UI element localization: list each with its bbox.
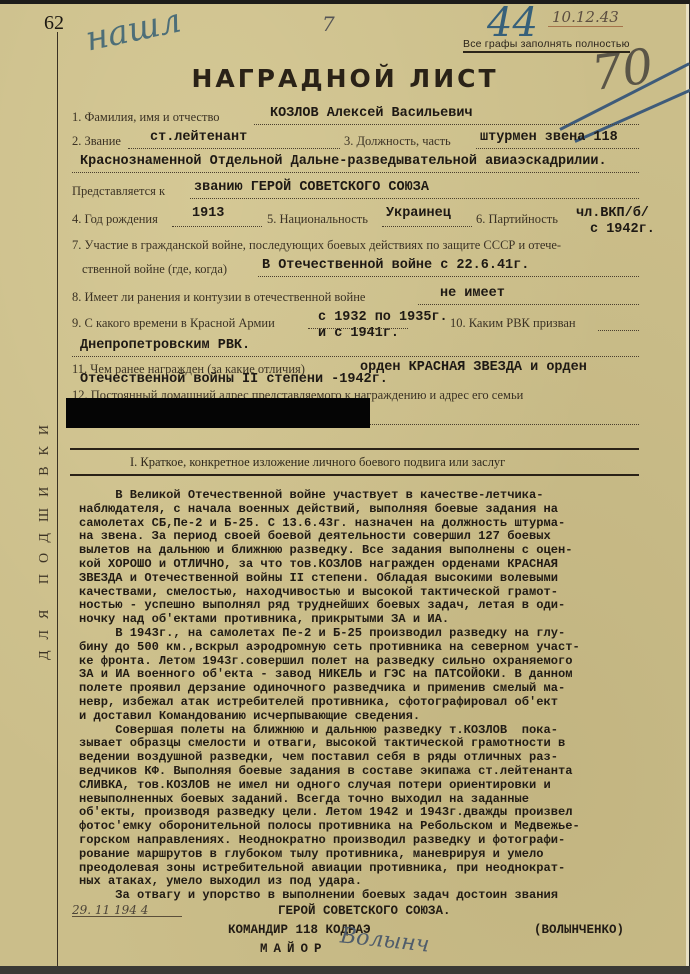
field-awards-value: орден КРАСНАЯ ЗВЕЗДА и орден	[360, 360, 587, 375]
field-rvk-value: Днепропетровским РВК.	[80, 338, 250, 353]
field-war-label-cont: ственной войне (где, когда)	[82, 262, 227, 277]
handwritten-signing-date: 29. 11 194 4	[72, 903, 148, 917]
field-war-value: В Отечественной войне с 22.6.41г.	[262, 258, 529, 273]
narrative-line: ЗА и ИА военного об'екта - завод НИКЕЛЬ …	[79, 668, 639, 682]
narrative-line: ведении воздушной разведки, чем поставил…	[79, 751, 639, 765]
field-nationality-label: 5. Национальность	[267, 212, 368, 227]
field-line	[598, 330, 639, 331]
narrative-line: бину до 500 км.,вскрыл аэродромную сеть …	[79, 641, 639, 655]
field-line	[72, 356, 639, 357]
field-line	[190, 198, 639, 199]
field-party-label: 6. Партийность	[476, 212, 558, 227]
signature: Волынч	[339, 923, 431, 957]
narrative-line: кой ХОРОШО и ОТЛИЧНО, за что тов.КОЗЛОВ …	[79, 558, 639, 572]
field-line	[72, 172, 639, 173]
narrative-line: вылетов на дальнюю и ближнюю разведку. В…	[79, 544, 639, 558]
section-rule	[70, 448, 639, 450]
field-party-value: чл.ВКП/б/	[576, 206, 649, 221]
field-war-label: 7. Участие в гражданской войне, последую…	[72, 238, 561, 253]
field-party-value-cont: с 1942г.	[590, 222, 655, 237]
narrative-line: рование маршрутов в глубоком тылу против…	[79, 848, 639, 862]
field-rank-value: ст.лейтенант	[150, 130, 247, 145]
narrative-line: ночку над об'ектами противника, прикрыты…	[79, 613, 639, 627]
field-line	[418, 304, 639, 305]
narrative-line: СЛИВКА, тов.КОЗЛОВ не имел ни одного слу…	[79, 779, 639, 793]
field-line	[258, 276, 639, 277]
field-line	[382, 226, 472, 227]
handwritten-note-center: 7	[322, 12, 335, 36]
handwritten-date: 10.12.43	[548, 8, 623, 27]
scan-edge-bottom	[0, 966, 690, 974]
field-wounds-value: не имеет	[440, 286, 505, 301]
narrative-line: невр, избежал атак истребителей противни…	[79, 696, 639, 710]
signer-name: (ВОЛЫНЧЕНКО)	[534, 923, 624, 937]
field-birth-value: 1913	[192, 206, 224, 221]
field-line	[476, 148, 639, 149]
narrative-line: За отвагу и упорство в выполнении боевых…	[79, 889, 639, 903]
binding-margin-line	[57, 32, 58, 966]
fill-instruction: Все графы заполнять полностью	[463, 38, 630, 53]
commander-rank: МАЙОР	[260, 942, 328, 956]
narrative-line: полете проявил дерзание одиночного разве…	[79, 682, 639, 696]
narrative-line: фотос'емку оборонительной полосы противн…	[79, 820, 639, 834]
section-heading: I. Краткое, конкретное изложение личного…	[130, 455, 505, 470]
field-position-value: штурмен звена 118	[480, 130, 618, 145]
nomination-label: Представляется к	[72, 184, 165, 199]
field-wounds-label: 8. Имеет ли ранения и контузии в отечест…	[72, 290, 365, 305]
field-rvk-label: 10. Каким РВК призван	[450, 316, 576, 331]
date-line	[72, 916, 182, 917]
field-awards-value-cont: Отечественной войны II степени -1942г.	[80, 372, 388, 387]
redacted-address	[66, 398, 370, 428]
page-number: 62	[44, 12, 64, 35]
field-line	[128, 148, 340, 149]
award-conclusion: ГЕРОЙ СОВЕТСКОГО СОЮЗА.	[278, 904, 451, 918]
field-name-value: КОЗЛОВ Алексей Васильевич	[270, 106, 473, 121]
narrative-text: В Великой Отечественной войне участвует …	[79, 489, 639, 903]
field-rank-label: 2. Звание	[72, 134, 121, 149]
field-line	[370, 424, 639, 425]
narrative-line: и доставил Командованию исчерпывающие св…	[79, 710, 639, 724]
narrative-line: ЗВЕЗДА и Отечественной войны II степени.…	[79, 572, 639, 586]
field-position-value-cont: Краснознаменной Отдельной Дальне-разведы…	[80, 154, 607, 169]
field-line	[254, 124, 639, 125]
narrative-line: горском направлениях. Неоднократно произ…	[79, 834, 639, 848]
field-line	[308, 328, 408, 329]
binding-margin-text: ДЛЯ ПОДШИВКИ	[37, 414, 53, 660]
narrative-line: ведчиков КФ. Выполняя боевые задания в с…	[79, 765, 639, 779]
award-sheet: 62 ДЛЯ ПОДШИВКИ нашл 7 44 10.12.43 70 Вс…	[0, 0, 689, 968]
field-line	[172, 226, 262, 227]
field-service-value: с 1932 по 1935г.	[318, 310, 448, 325]
field-service-label: 9. С какого времени в Красной Армии	[72, 316, 275, 331]
narrative-line: В Великой Отечественной войне участвует …	[79, 489, 639, 503]
field-nationality-value: Украинец	[386, 206, 451, 221]
nomination-value: званию ГЕРОЙ СОВЕТСКОГО СОЮЗА	[194, 180, 429, 195]
document-title: НАГРАДНОЙ ЛИСТ	[0, 64, 690, 93]
field-name-label: 1. Фамилия, имя и отчество	[72, 110, 220, 125]
scan-edge-top	[0, 0, 690, 4]
handwritten-note-left: нашл	[82, 0, 185, 59]
field-position-label: 3. Должность, часть	[344, 134, 451, 149]
narrative-line: преодолевая зоны истребительной авиации …	[79, 862, 639, 876]
narrative-line: В 1943г., на самолетах Пе-2 и Б-25 произ…	[79, 627, 639, 641]
narrative-line: наблюдателя, с начала военных действий, …	[79, 503, 639, 517]
section-rule	[70, 474, 639, 476]
field-birth-label: 4. Год рождения	[72, 212, 158, 227]
